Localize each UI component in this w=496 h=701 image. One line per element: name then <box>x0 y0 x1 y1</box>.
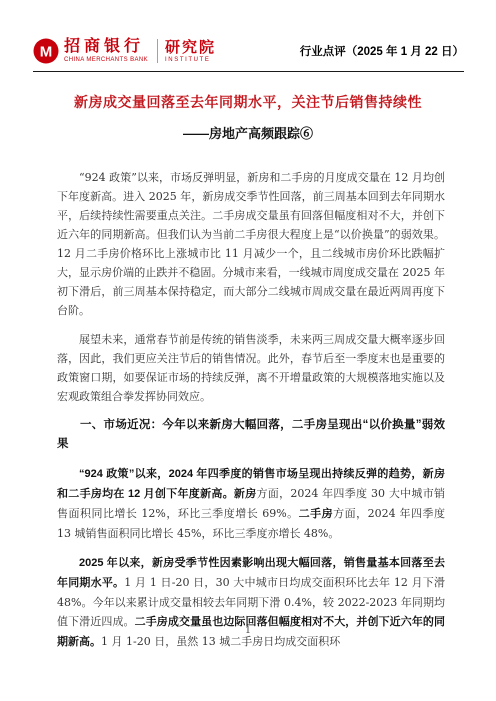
page-footer: 1 <box>0 626 496 636</box>
paragraph: 展望未来，通常春节前是传统的销售淡季，未来两三周成交量大概率逐步回落，因此，我们… <box>57 330 445 406</box>
bank-name-block: 招商银行 CHINA MERCHANTS BANK <box>64 39 148 63</box>
institute-name-cn: 研究院 <box>165 40 216 55</box>
report-header: M 招商银行 CHINA MERCHANTS BANK 研究院 INSTITUT… <box>33 38 464 64</box>
institute-block: 研究院 INSTITUTE <box>165 40 216 63</box>
paragraph: “924 政策”以来，市场反弹明显，新房和二手房的月度成交量在 12 月均创下年… <box>57 168 445 320</box>
paragraph: 2025 年以来，新房受季节性因素影响出现大幅回落，销售量基本回落至去年同期水平… <box>57 553 445 652</box>
report-page: M 招商银行 CHINA MERCHANTS BANK 研究院 INSTITUT… <box>0 0 496 701</box>
logo-divider <box>157 39 158 63</box>
bold-text-run: 二手房 <box>299 508 333 520</box>
report-title: 新房成交量回落至去年同期水平，关注节后销售持续性 <box>30 92 466 112</box>
text-run: 1 月 1-20 日，虽然 13 城二手房日均成交面积环 <box>101 635 340 648</box>
bold-text-run: 一、市场近况：今年以来新房大幅回落，二手房呈现出“以价换量”弱效果 <box>57 419 445 450</box>
page-number: 1 <box>245 626 251 636</box>
header-rule <box>33 71 464 72</box>
section-heading: 一、市场近况：今年以来新房大幅回落，二手房呈现出“以价换量”弱效果 <box>57 416 445 454</box>
cmb-logo-icon: M <box>33 38 59 64</box>
bank-name-cn: 招商银行 <box>64 39 148 55</box>
report-subtitle: ——房地产高频跟踪⑥ <box>30 123 466 142</box>
text-run: 展望未来，通常春节前是传统的销售淡季，未来两三周成交量大概率逐步回落，因此，我们… <box>57 333 445 403</box>
cmb-logo: M 招商银行 CHINA MERCHANTS BANK 研究院 INSTITUT… <box>33 38 216 64</box>
institute-name-en: INSTITUTE <box>165 57 216 63</box>
report-body: “924 政策”以来，市场反弹明显，新房和二手房的月度成交量在 12 月均创下年… <box>57 168 445 662</box>
report-type-date: 行业点评（2025 年 1 月 22 日） <box>300 43 464 59</box>
text-run: “924 政策”以来，市场反弹明显，新房和二手房的月度成交量在 12 月均创下年… <box>57 171 445 317</box>
bank-name-en: CHINA MERCHANTS BANK <box>64 57 148 63</box>
paragraph: “924 政策”以来，2024 年四季度的销售市场呈现出持续反弹的趋势，新房和二… <box>57 464 445 543</box>
svg-text:M: M <box>40 44 53 61</box>
